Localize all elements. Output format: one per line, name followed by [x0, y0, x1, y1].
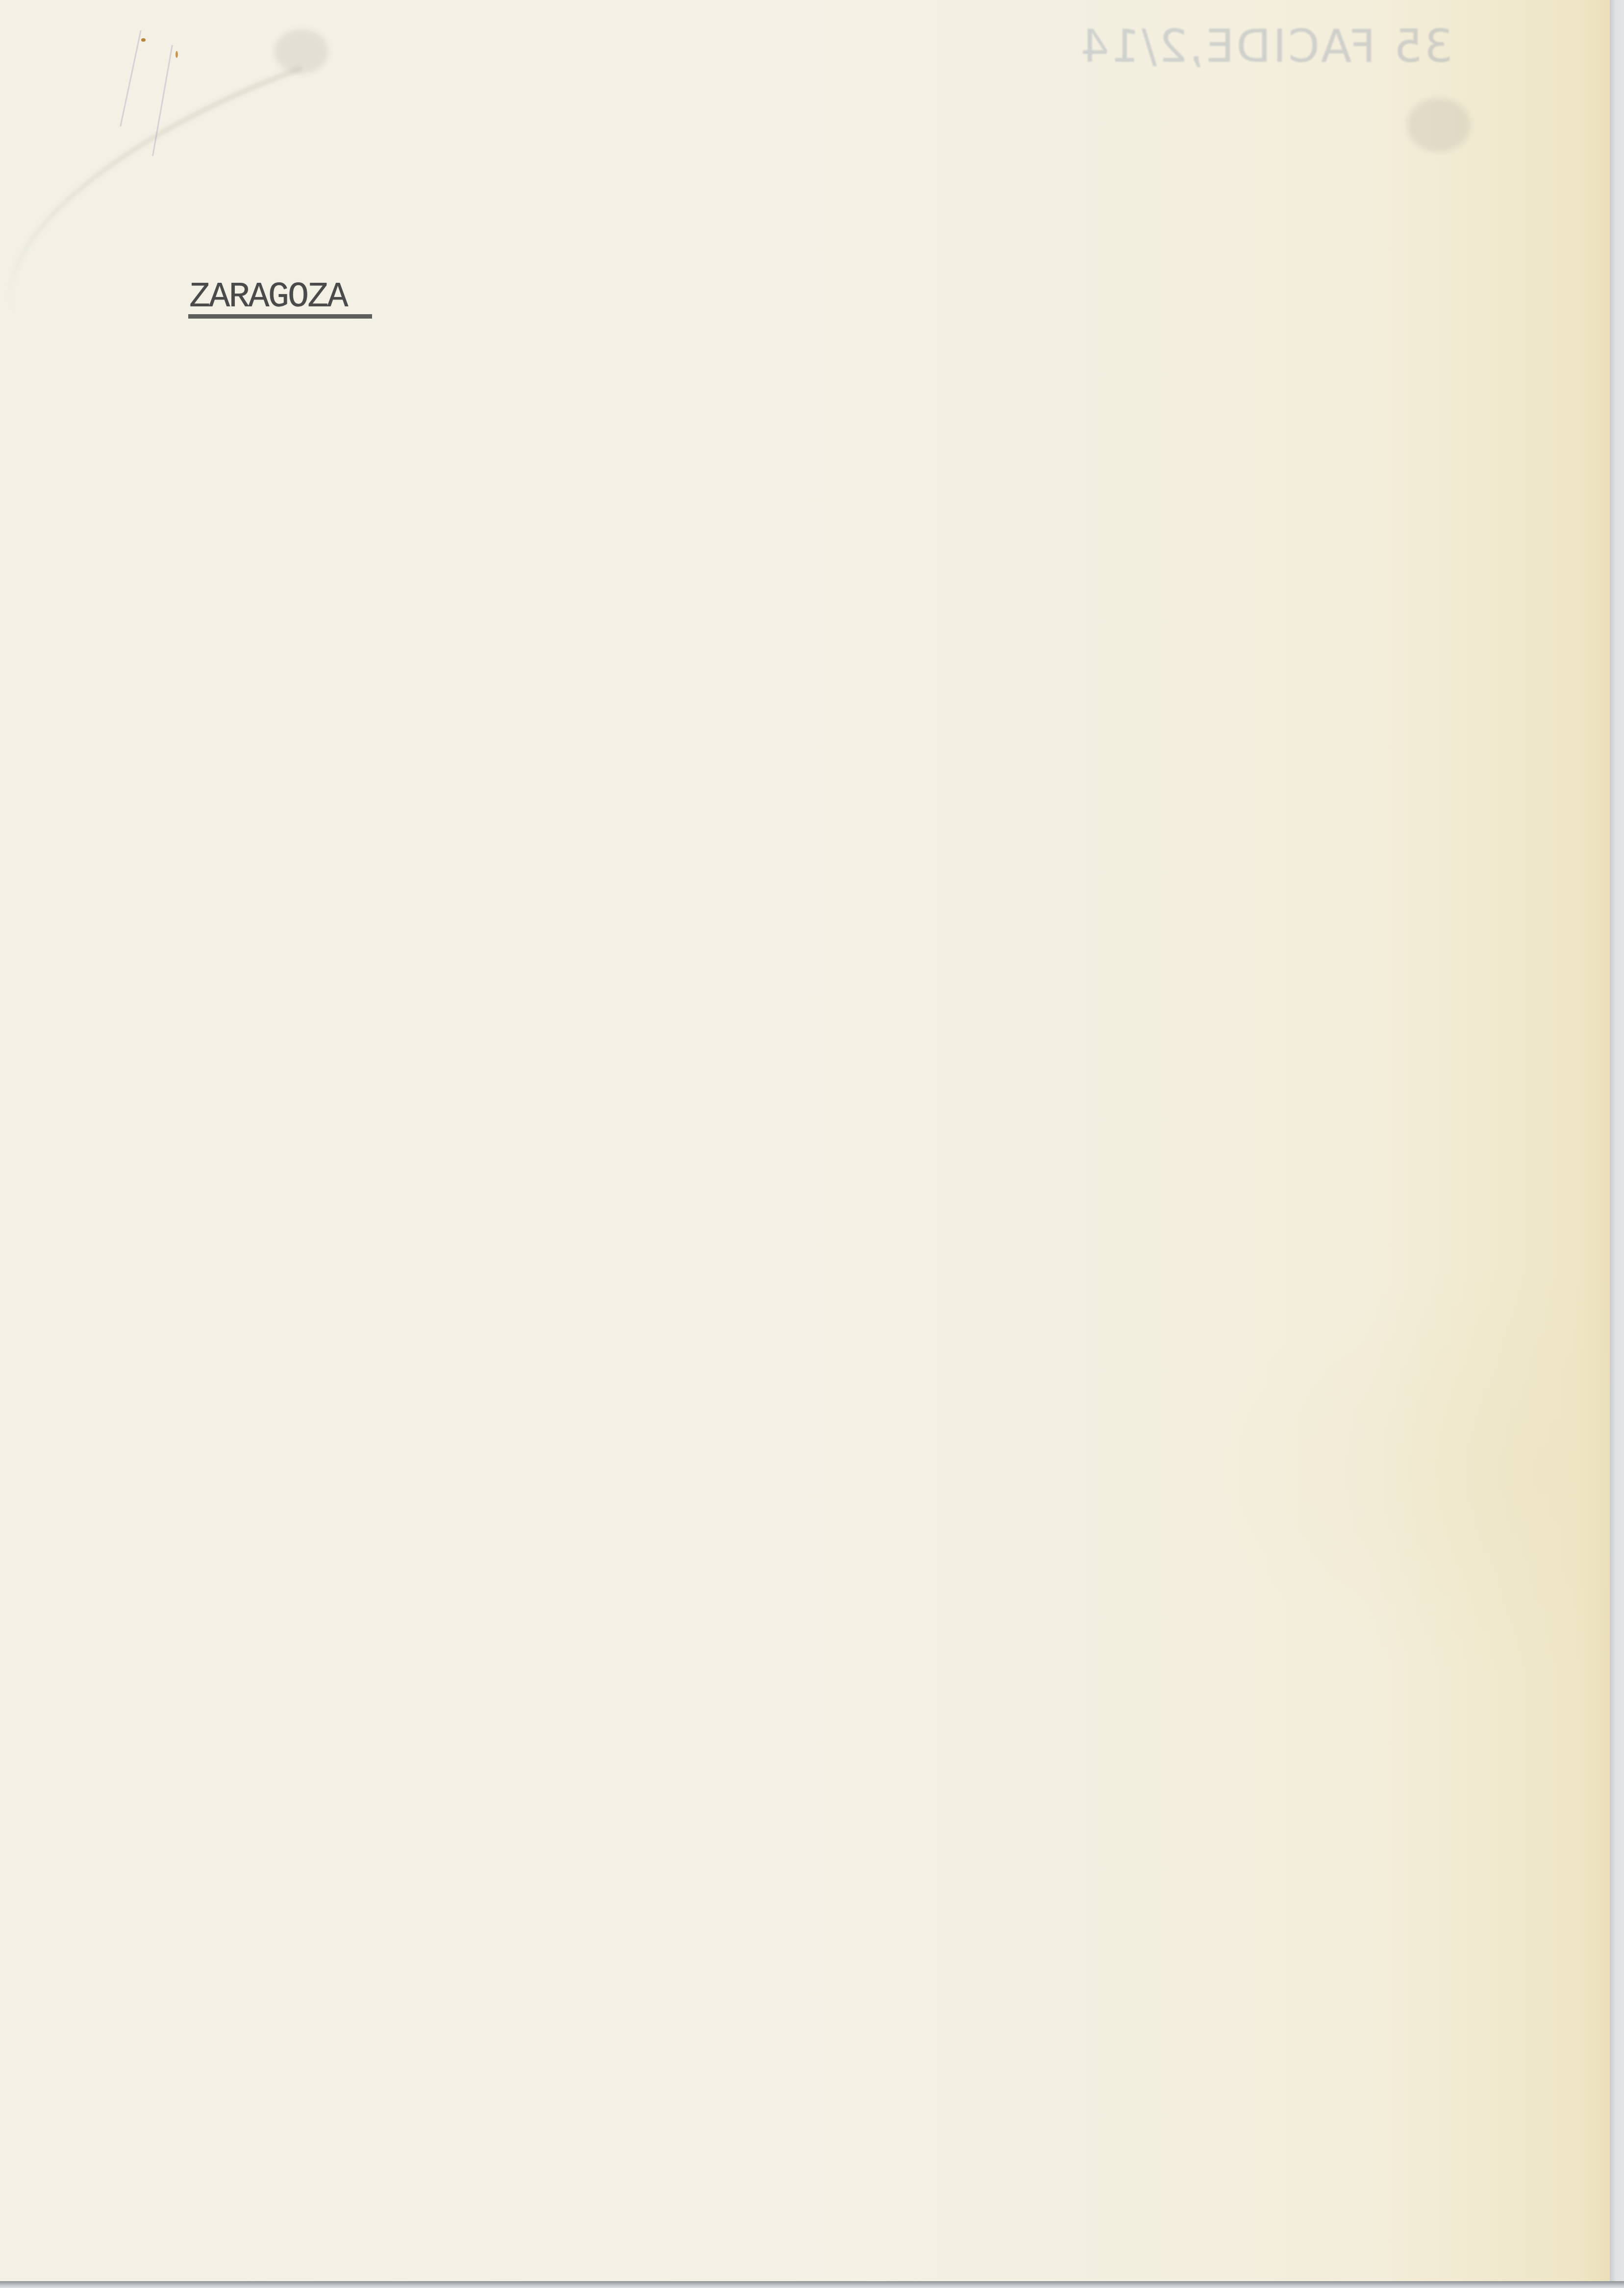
document-page: 35 FACIDE,2/14 ZARAGOZA — [0, 0, 1610, 2281]
document-heading: ZARAGOZA — [189, 279, 347, 315]
fingerprint-smudge — [1407, 98, 1471, 152]
pencil-mark — [120, 30, 142, 126]
paper-crease — [0, 66, 345, 311]
rust-spot — [141, 38, 146, 42]
scan-background-bottom — [0, 2281, 1624, 2288]
scan-background-right — [1610, 0, 1624, 2288]
heading-underline — [188, 314, 372, 319]
rust-spot — [175, 51, 178, 58]
archive-annotation: 35 FACIDE,2/14 — [1078, 20, 1453, 74]
fingerprint-smudge — [275, 29, 328, 74]
